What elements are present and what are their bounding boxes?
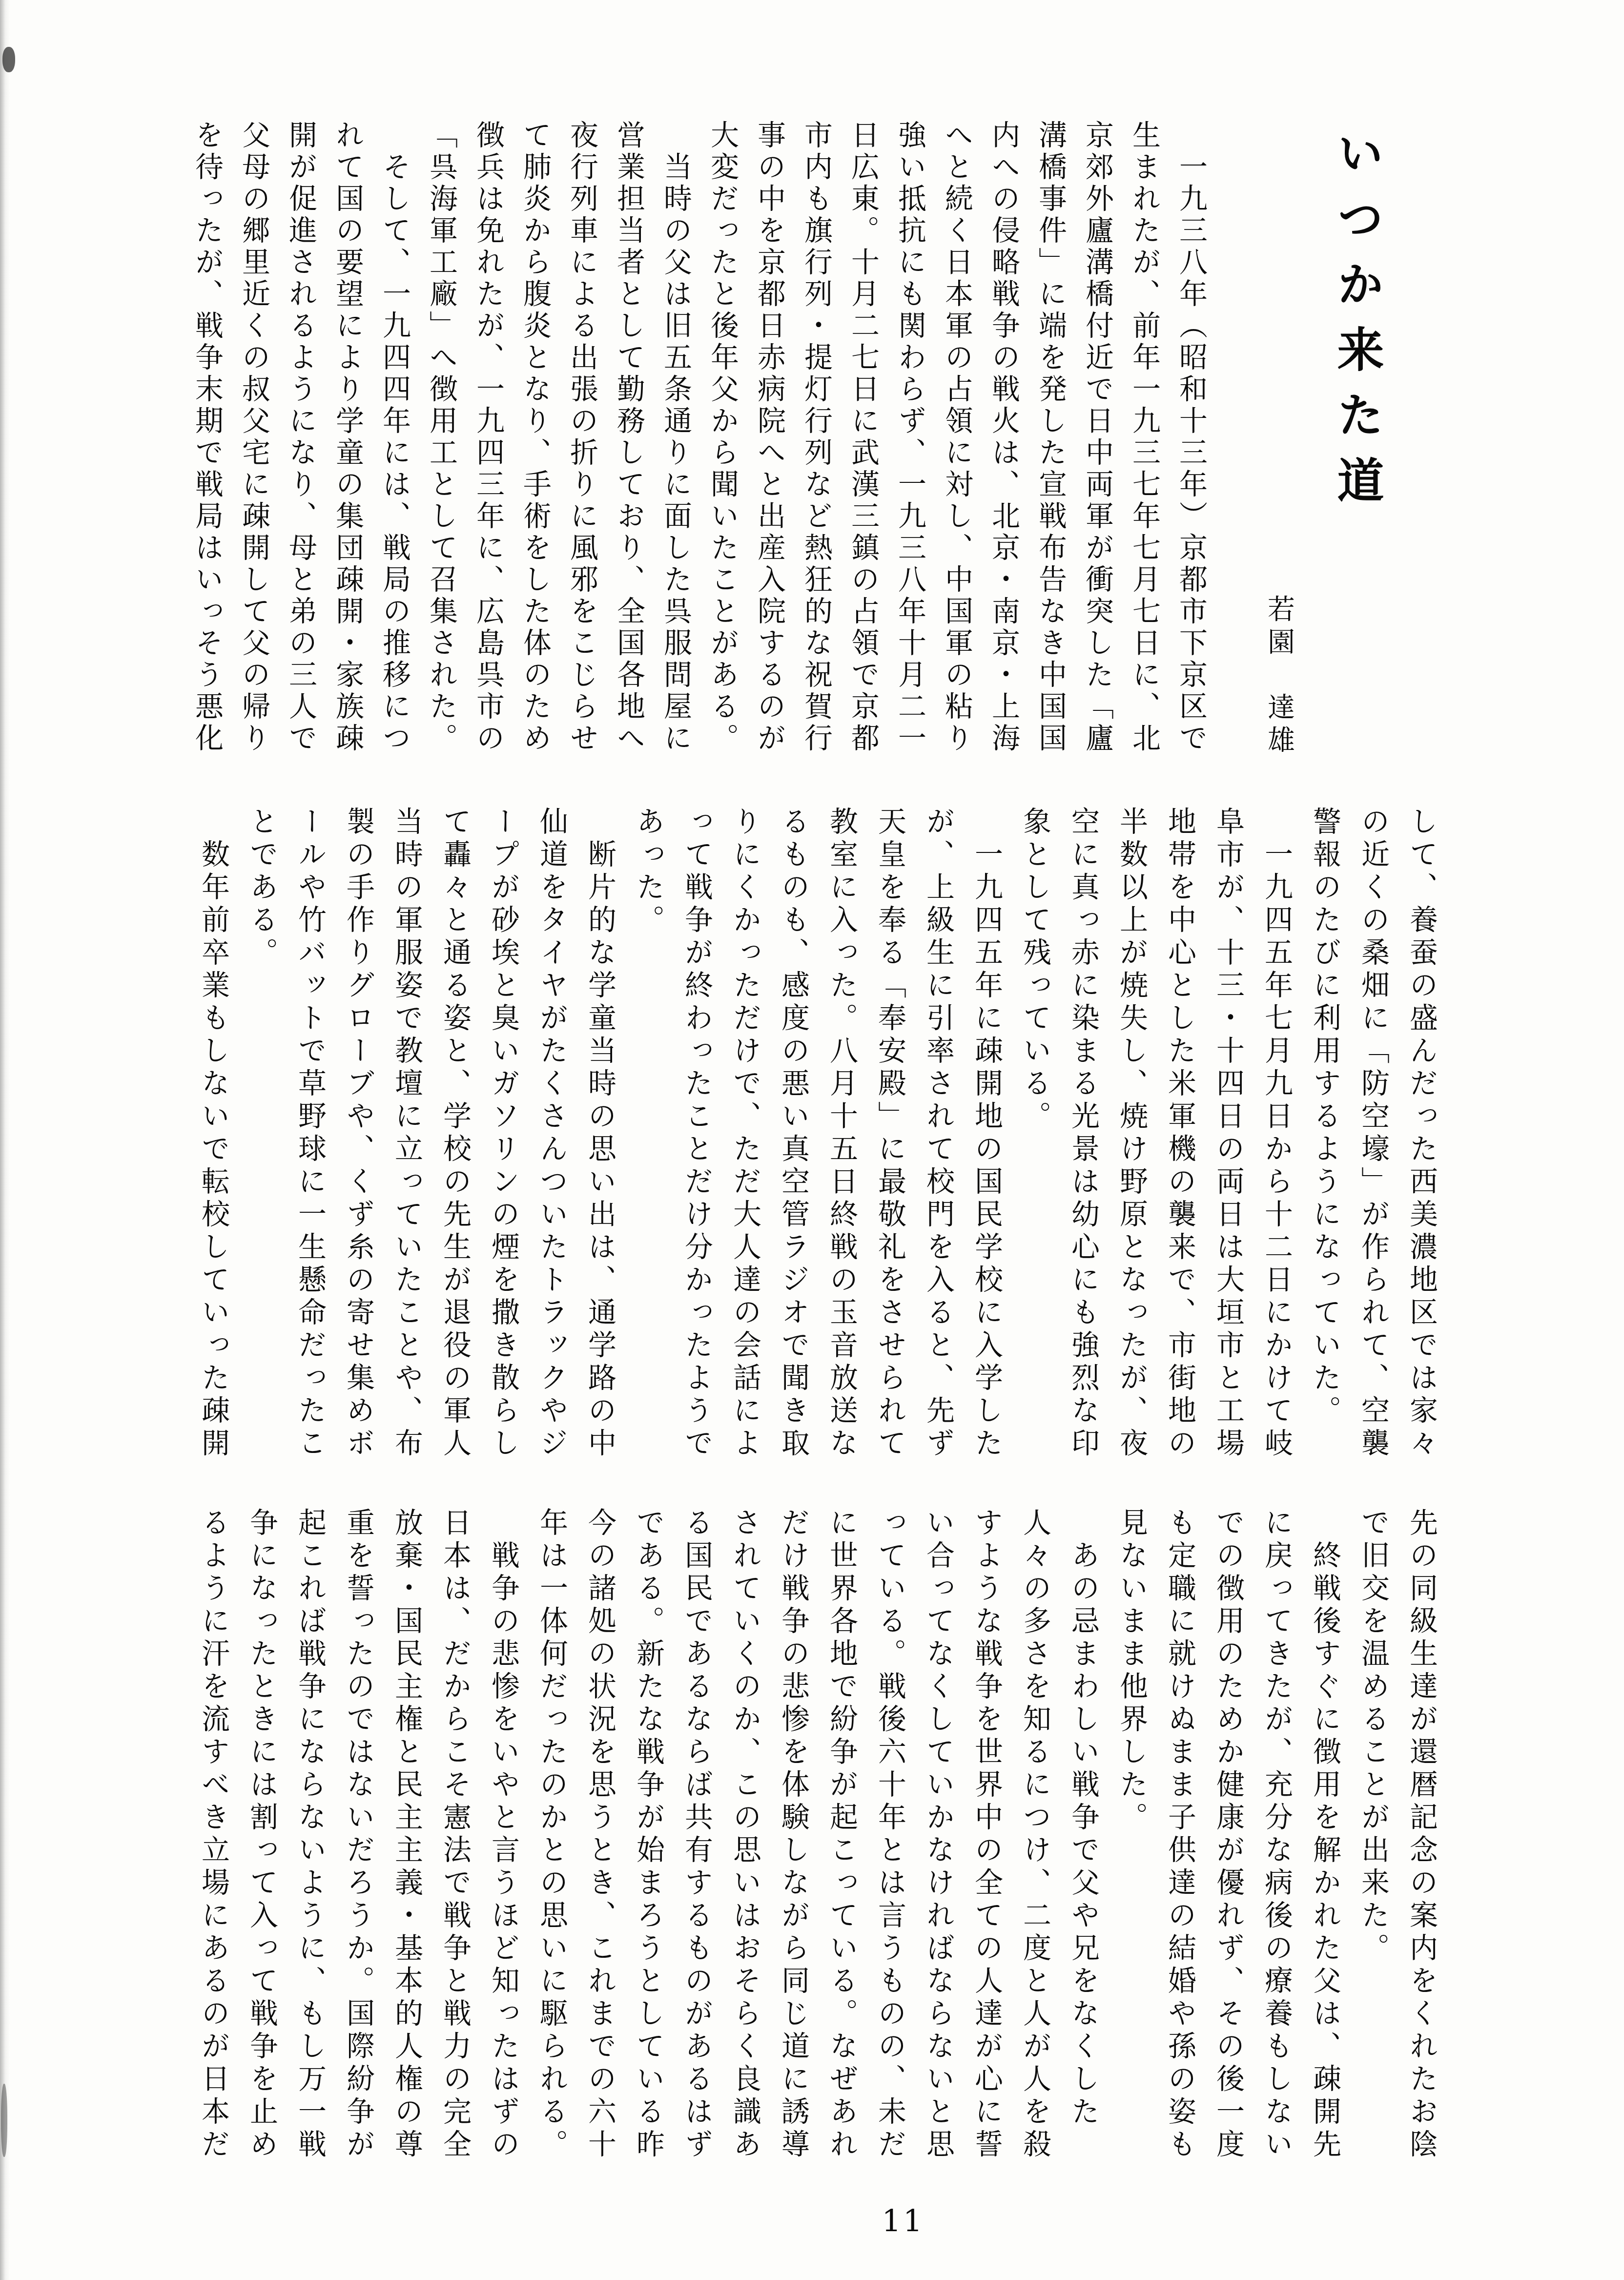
text-column: 一九三八年（昭和十三年）京都市下京区で xyxy=(1168,120,1214,765)
text-column: 争になったときには割って入って戦争を止め xyxy=(237,1508,286,2167)
scan-edge-artifact xyxy=(0,0,10,2280)
text-column: っている。戦後六十年とは言うものの、未だ xyxy=(865,1508,914,2167)
text-column: とである。 xyxy=(237,807,286,1461)
text-column: 一九四五年七月九日から十二日にかけて岐 xyxy=(1252,807,1300,1461)
text-column: 今の諸処の状況を思うとき、これまでの六十 xyxy=(576,1508,624,2167)
text-column: あった。 xyxy=(624,807,672,1461)
text-column: 当時の父は旧五条通りに面した呉服問屋に xyxy=(652,120,699,765)
text-column: 日本は、だからこそ憲法で戦争と戦力の完全 xyxy=(431,1508,479,2167)
text-column: に戻ってきたが、充分な病後の療養もしない xyxy=(1252,1508,1300,2167)
text-column: を待ったが、戦争末期で戦局はいっそう悪化 xyxy=(184,120,230,765)
text-column: 事の中を京都日赤病院へと出産入院するのが xyxy=(746,120,793,765)
text-column: て轟々と通る姿と、学校の先生が退役の軍人 xyxy=(431,807,479,1461)
text-column: 警報のたびに利用するようになっていた。 xyxy=(1300,807,1349,1461)
page-number: 11 xyxy=(859,2203,947,2239)
text-block-bottom: 先の同級生達が還暦記念の案内をくれたお陰で旧交を温めることが出来た。 終戦後すぐ… xyxy=(188,1508,1445,2167)
text-column: 「呉海軍工廠」へ徴用工として召集された。 xyxy=(418,120,465,765)
text-column: 仙道をタイヤがたくさんついたトラックやジ xyxy=(527,807,576,1461)
text-column: 京郊外廬溝橋付近で日中両軍が衝突した「廬 xyxy=(1074,120,1121,765)
text-column: 強い抵抗にも関わらず、一九三八年十月二一 xyxy=(886,120,933,765)
text-column: 数年前卒業もしないで転校していった疎開 xyxy=(189,807,237,1461)
text-column: 内への侵略戦争の戦火は、北京・南京・上海 xyxy=(980,120,1027,765)
text-column: るように汗を流すべき立場にあるのが日本だ xyxy=(189,1508,237,2167)
text-column: 人々の多さを知るにつけ、二度と人が人を殺 xyxy=(1010,1508,1059,2167)
text-column: 営業担当者として勤務しており、全国各地へ xyxy=(605,120,652,765)
text-column: 戦争の悲惨をいやと言うほど知ったはずの xyxy=(479,1508,527,2167)
text-column: 断片的な学童当時の思い出は、通学路の中 xyxy=(576,807,624,1461)
text-column: い合ってなくしていかなければならないと思 xyxy=(914,1508,962,2167)
text-column: すような戦争を世界中の全ての人達が心に誓 xyxy=(962,1508,1010,2167)
text-column: だけ戦争の悲惨を体験しながら同じ道に誘導 xyxy=(769,1508,817,2167)
text-column: での徴用のためか健康が優れず、その後一度 xyxy=(1204,1508,1252,2167)
text-column: へと続く日本軍の占領に対し、中国軍の粘り xyxy=(933,120,980,765)
text-column: も定職に就けぬまま子供達の結婚や孫の姿も xyxy=(1155,1508,1204,2167)
text-column: 空に真っ赤に染まる光景は幼心にも強烈な印 xyxy=(1059,807,1107,1461)
scan-speck xyxy=(1,2084,7,2157)
text-column: 当時の軍服姿で教壇に立っていたことや、布 xyxy=(382,807,431,1461)
text-column: の近くの桑畑に「防空壕」が作られて、空襲 xyxy=(1349,807,1397,1461)
text-column: 起これば戦争にならないように、もし万一戦 xyxy=(286,1508,334,2167)
text-column: るものも、感度の悪い真空管ラジオで聞き取 xyxy=(769,807,817,1461)
text-column: 溝橋事件」に端を発した宣戦布告なき中国国 xyxy=(1027,120,1074,765)
text-block-top: 一九三八年（昭和十三年）京都市下京区で生まれたが、前年一九三七年七月七日に、北京… xyxy=(180,120,1214,765)
text-column: で旧交を温めることが出来た。 xyxy=(1349,1508,1397,2167)
scan-speck xyxy=(2,47,15,72)
text-column: 終戦後すぐに徴用を解かれた父は、疎開先 xyxy=(1300,1508,1349,2167)
text-column: 日広東。十月二七日に武漢三鎮の占領で京都 xyxy=(840,120,886,765)
text-column: である。新たな戦争が始まろうとしている昨 xyxy=(624,1508,672,2167)
text-column: りにくかっただけで、ただ大人達の会話によ xyxy=(720,807,769,1461)
text-column: る国民であるならば共有するものがあるはず xyxy=(672,1508,720,2167)
text-column: れて国の要望により学童の集団疎開・家族疎 xyxy=(324,120,371,765)
text-column: 阜市が、十三・十四日の両日は大垣市と工場 xyxy=(1204,807,1252,1461)
scanned-page: いつか来た道 若園 達雄 一九三八年（昭和十三年）京都市下京区で生まれたが、前年… xyxy=(0,0,1624,2280)
text-column: が、上級生に引率されて校門を入ると、先ず xyxy=(914,807,962,1461)
text-column: て肺炎から腹炎となり、手術をした体のため xyxy=(512,120,558,765)
text-block-middle: して、養蚕の盛んだった西美濃地区では家々の近くの桑畑に「防空壕」が作られて、空襲… xyxy=(188,807,1445,1461)
article-title: いつか来た道 xyxy=(1324,129,1391,521)
text-column: して、養蚕の盛んだった西美濃地区では家々 xyxy=(1397,807,1445,1461)
text-column: 父母の郷里近くの叔父宅に疎開して父の帰り xyxy=(230,120,277,765)
text-column: 市内も旗行列・提灯行列など熱狂的な祝賀行 xyxy=(793,120,840,765)
text-column: 教室に入った。八月十五日終戦の玉音放送な xyxy=(817,807,865,1461)
text-column: 放棄・国民主権と民主主義・基本的人権の尊 xyxy=(382,1508,431,2167)
text-column: 一九四五年に疎開地の国民学校に入学した xyxy=(962,807,1010,1461)
text-column: 大変だったと後年父から聞いたことがある。 xyxy=(699,120,746,765)
text-column: に世界各地で紛争が起こっている。なぜあれ xyxy=(817,1508,865,2167)
text-column: ールや竹バットで草野球に一生懸命だったこ xyxy=(286,807,334,1461)
text-column: あの忌まわしい戦争で父や兄をなくした xyxy=(1059,1508,1107,2167)
text-column: そして、一九四四年には、戦局の推移につ xyxy=(371,120,418,765)
author-name: 若園 達雄 xyxy=(1259,595,1298,758)
text-column: 天皇を奉る「奉安殿」に最敬礼をさせられて xyxy=(865,807,914,1461)
text-column: 製の手作りグローブや、くず糸の寄せ集めボ xyxy=(334,807,382,1461)
text-column: 夜行列車による出張の折りに風邪をこじらせ xyxy=(558,120,605,765)
text-column: ープが砂埃と臭いガソリンの煙を撒き散らし xyxy=(479,807,527,1461)
text-column: 開が促進されるようになり、母と弟の三人で xyxy=(277,120,324,765)
text-column: 重を誓ったのではないだろうか。国際紛争が xyxy=(334,1508,382,2167)
text-column: 生まれたが、前年一九三七年七月七日に、北 xyxy=(1121,120,1168,765)
text-column: 地帯を中心とした米軍機の襲来で、市街地の xyxy=(1155,807,1204,1461)
text-column: 象として残っている。 xyxy=(1010,807,1059,1461)
text-column: 先の同級生達が還暦記念の案内をくれたお陰 xyxy=(1397,1508,1445,2167)
text-column: 年は一体何だったのかとの思いに駆られる。 xyxy=(527,1508,576,2167)
text-column: 半数以上が焼失し、焼け野原となったが、夜 xyxy=(1107,807,1155,1461)
text-column: って戦争が終わったことだけ分かったようで xyxy=(672,807,720,1461)
text-column: 見ないまま他界した。 xyxy=(1107,1508,1155,2167)
text-column: されていくのか、この思いはおそらく良識あ xyxy=(720,1508,769,2167)
text-column: 徴兵は免れたが、一九四三年に、広島呉市の xyxy=(465,120,512,765)
